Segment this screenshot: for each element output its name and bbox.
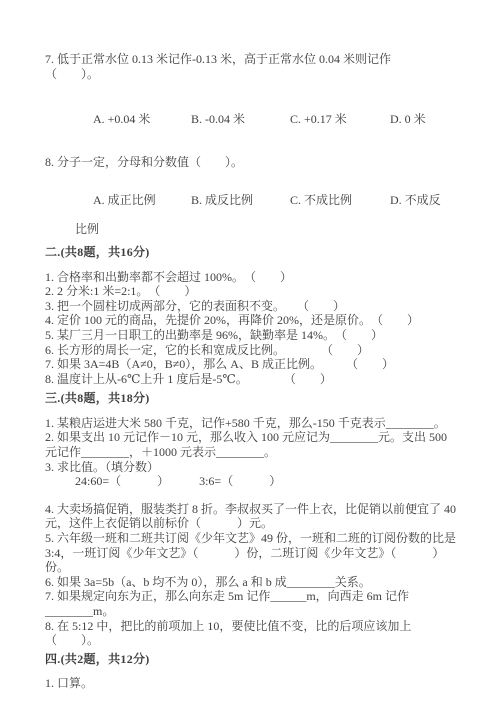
question-7-stem-line-2: （ ）。 <box>45 67 460 82</box>
fill-item-4-line-1: 4. 大卖场搞促销，服装类打 8 折。李叔叔买了一件上衣，比促销以前便宜了 40 <box>45 502 460 517</box>
question-8-option-c: C. 不成比例 <box>290 193 390 208</box>
section-two-heading: 二.(共8题，共16分) <box>45 245 460 260</box>
section-two-items: 1. 合格率和出勤率都不会超过 100%。 （ ） 2. 2 分米:1 米=2:… <box>45 270 460 387</box>
fill-item-1: 1. 某粮店运进大米 580 千克，记作+580 千克，那么-150 千克表示_… <box>45 416 460 431</box>
question-7-options-row: A. +0.04 米B. -0.04 米C. +0.17 米D. 0 米 <box>45 97 460 141</box>
worksheet-content: 7. 低于正常水位 0.13 米记作-0.13 米，高于正常水位 0.04 米则… <box>45 52 460 691</box>
fill-item-2-line-1: 2. 如果支出 10 元记作－10 元，那么收入 100 元应记为_______… <box>45 430 460 445</box>
tf-item-1: 1. 合格率和出勤率都不会超过 100%。 （ ） <box>45 270 460 285</box>
question-8-option-a: A. 成正比例 <box>93 193 191 208</box>
fill-item-8-line-2: （ ）。 <box>45 633 460 648</box>
fill-item-7-line-1: 7. 如果规定向东为正，那么向东走 5m 记作______m，向西走 6m 记作 <box>45 589 460 604</box>
section-three-items: 1. 某粮店运进大米 580 千克，记作+580 千克，那么-150 千克表示_… <box>45 416 460 648</box>
fill-item-6: 6. 如果 3a=5b（a、b 均不为 0），那么 a 和 b 成_______… <box>45 575 460 590</box>
question-8-option-b: B. 成反比例 <box>191 193 290 208</box>
question-7-option-a: A. +0.04 米 <box>93 112 191 127</box>
question-7-option-d: D. 0 米 <box>390 112 426 127</box>
section-three-heading: 三.(共8题，共18分) <box>45 391 460 406</box>
question-7-option-b: B. -0.04 米 <box>191 112 290 127</box>
fill-item-5-line-3: 份。 <box>45 560 460 575</box>
question-7-option-c: C. +0.17 米 <box>290 112 390 127</box>
fill-item-8-line-1: 8. 在 5:12 中，把比的前项加上 10，要使比值不变，比的后项应该加上 <box>45 619 460 634</box>
question-8-option-d-wrap: 比例 <box>45 222 460 237</box>
fill-item-2-line-2: 元记作________，＋1000 元表示________。 <box>45 445 460 460</box>
calc-item-1: 1. 口算。 <box>45 676 460 691</box>
question-8-options-row: A. 成正比例B. 成反比例C. 不成比例D. 不成反 <box>45 179 460 223</box>
fill-item-3: 3. 求比值。（填分数） <box>45 460 460 475</box>
fill-item-5-line-2: 3:4，一班订阅《少年文艺》（ ）份，二班订阅《少年文艺》（ ） <box>45 546 460 561</box>
question-8-stem: 8. 分子一定，分母和分数值（ ）。 <box>45 155 460 170</box>
fill-item-7-line-2: ________m。 <box>45 604 460 619</box>
tf-item-7: 7. 如果 3A=4B（A≠0，B≠0），那么 A、B 成正比例。 （ ） <box>45 357 460 372</box>
tf-item-3: 3. 把一个圆柱切成两部分，它的表面积不变。 （ ） <box>45 299 460 314</box>
fill-item-3-expressions: 24:60=（ ） 3:6=（ ） <box>45 474 460 489</box>
question-7-stem-line-1: 7. 低于正常水位 0.13 米记作-0.13 米，高于正常水位 0.04 米则… <box>45 52 460 67</box>
tf-item-4: 4. 定价 100 元的商品，先提价 20%，再降价 20%，还是原价。 （ ） <box>45 313 460 328</box>
tf-item-5: 5. 某厂三月一日职工的出勤率是 96%，缺勤率是 14%。 （ ） <box>45 328 460 343</box>
fill-item-4-line-2: 元，这件上衣促销以前标价（ ）元。 <box>45 516 460 531</box>
worksheet-page: 7. 低于正常水位 0.13 米记作-0.13 米，高于正常水位 0.04 米则… <box>0 0 500 707</box>
question-8-option-d: D. 不成反 <box>390 193 441 208</box>
section-four-heading: 四.(共2题，共12分) <box>45 652 460 667</box>
tf-item-6: 6. 长方形的周长一定，它的长和宽成反比例。 （ ） <box>45 343 460 358</box>
fill-item-5-line-1: 5. 六年级一班和二班共订阅《少年文艺》49 份，一班和二班的订阅份数的比是 <box>45 531 460 546</box>
tf-item-2: 2. 2 分米:1 米=2:1。 （ ） <box>45 284 460 299</box>
tf-item-8: 8. 温度计上从-6℃上升 1 度后是-5℃。 （ ） <box>45 372 460 387</box>
